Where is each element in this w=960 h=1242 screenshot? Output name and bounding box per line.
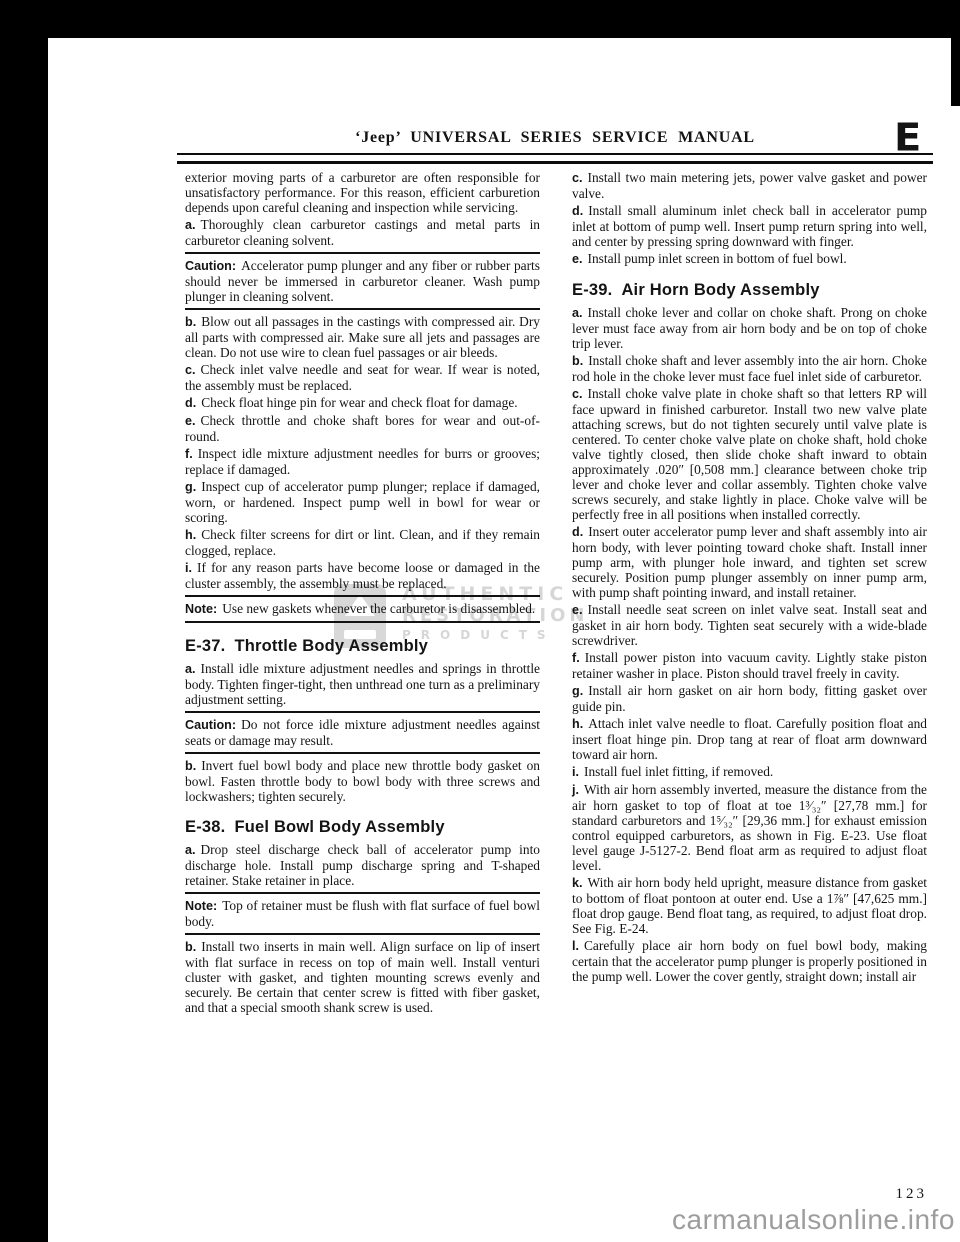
section-number: E-38. — [185, 818, 225, 836]
step-label: Caution: — [185, 718, 241, 732]
paragraph: c.Check inlet valve needle and seat for … — [185, 362, 540, 393]
paragraph: g.Install air horn gasket on air horn bo… — [572, 683, 927, 714]
step-label: a. — [185, 218, 201, 232]
step-label: g. — [185, 480, 201, 494]
step-label: d. — [185, 396, 201, 410]
section-heading: E-37.Throttle Body Assembly — [185, 637, 540, 655]
section-title: Throttle Body Assembly — [234, 637, 428, 655]
step-label: c. — [572, 387, 588, 401]
section-title: Fuel Bowl Body Assembly — [234, 818, 444, 836]
separator-rule — [185, 252, 540, 254]
step-label: b. — [185, 940, 201, 954]
paragraph: f.Install power piston into vacuum cavit… — [572, 650, 927, 681]
separator-rule — [185, 621, 540, 623]
right-column: c.Install two main metering jets, power … — [572, 170, 927, 1017]
step-label: a. — [185, 843, 201, 857]
paragraph: b.Install choke shaft and lever assembly… — [572, 353, 927, 384]
paragraph: g.Inspect cup of accelerator pump plunge… — [185, 479, 540, 525]
paragraph: k.With air horn body held upright, measu… — [572, 875, 927, 936]
paragraph: b.Install two inserts in main well. Alig… — [185, 939, 540, 1015]
paragraph: d.Install small aluminum inlet check bal… — [572, 203, 927, 249]
paragraph: c.Install choke valve plate in choke sha… — [572, 386, 927, 522]
step-label: a. — [572, 306, 588, 320]
paragraph: h.Check filter screens for dirt or lint.… — [185, 527, 540, 558]
section-title: Air Horn Body Assembly — [621, 281, 819, 299]
paragraph: Note:Use new gaskets whenever the carbur… — [185, 601, 540, 617]
step-label: e. — [185, 414, 201, 428]
step-label: j. — [572, 783, 584, 797]
paragraph: l.Carefully place air horn body on fuel … — [572, 938, 927, 984]
section-heading: E-39.Air Horn Body Assembly — [572, 281, 927, 299]
site-watermark: carmanualsonline.info — [672, 1204, 955, 1236]
paragraph: a.Thoroughly clean carburetor castings a… — [185, 217, 540, 248]
section-letter: E — [894, 119, 921, 157]
right-scan-notch — [951, 0, 960, 106]
top-scan-bar — [0, 0, 960, 38]
paragraph: a.Install choke lever and collar on chok… — [572, 305, 927, 351]
separator-rule — [185, 308, 540, 310]
step-label: k. — [572, 876, 588, 890]
paragraph: f.Inspect idle mixture adjustment needle… — [185, 446, 540, 477]
paragraph: d.Insert outer accelerator pump lever an… — [572, 524, 927, 600]
step-label: i. — [572, 765, 584, 779]
step-label: g. — [572, 684, 588, 698]
paragraph: e.Install pump inlet screen in bottom of… — [572, 251, 927, 267]
step-label: b. — [185, 315, 201, 329]
text-columns: exterior moving parts of a carburetor ar… — [185, 170, 927, 1017]
paragraph: h.Attach inlet valve needle to float. Ca… — [572, 716, 927, 762]
step-label: Note: — [185, 899, 222, 913]
section-heading: E-38.Fuel Bowl Body Assembly — [185, 818, 540, 836]
section-number: E-39. — [572, 281, 612, 299]
page-number: 123 — [185, 1186, 927, 1203]
header-rule — [177, 153, 933, 164]
step-label: c. — [572, 171, 588, 185]
paragraph: Caution:Accelerator pump plunger and any… — [185, 258, 540, 304]
paragraph: b.Invert fuel bowl body and place new th… — [185, 758, 540, 804]
paragraph: b.Blow out all passages in the castings … — [185, 314, 540, 360]
paragraph: e.Install needle seat screen on inlet va… — [572, 602, 927, 648]
step-label: h. — [572, 717, 588, 731]
left-column: exterior moving parts of a carburetor ar… — [185, 170, 540, 1017]
paragraph: a.Install idle mixture adjustment needle… — [185, 661, 540, 707]
step-label: Caution: — [185, 259, 241, 273]
separator-rule — [185, 752, 540, 754]
paragraph: a.Drop steel discharge check ball of acc… — [185, 842, 540, 888]
step-label: d. — [572, 525, 588, 539]
paragraph: i.If for any reason parts have become lo… — [185, 560, 540, 591]
separator-rule — [185, 595, 540, 597]
paragraph: exterior moving parts of a carburetor ar… — [185, 170, 540, 215]
step-label: l. — [572, 939, 584, 953]
step-label: e. — [572, 252, 588, 266]
section-number: E-37. — [185, 637, 225, 655]
step-label: f. — [185, 447, 198, 461]
step-label: f. — [572, 651, 585, 665]
step-label: c. — [185, 363, 201, 377]
separator-rule — [185, 933, 540, 935]
paragraph: Note:Top of retainer must be flush with … — [185, 898, 540, 929]
paragraph: Caution:Do not force idle mixture adjust… — [185, 717, 540, 748]
step-label: a. — [185, 662, 201, 676]
step-label: Note: — [185, 602, 222, 616]
step-label: b. — [185, 759, 201, 773]
paragraph: d.Check float hinge pin for wear and che… — [185, 395, 540, 411]
step-label: h. — [185, 528, 201, 542]
step-label: b. — [572, 354, 588, 368]
paragraph: j.With air horn assembly inverted, measu… — [572, 782, 927, 873]
separator-rule — [185, 711, 540, 713]
left-scan-bar — [0, 0, 48, 1242]
step-label: i. — [185, 561, 197, 575]
step-label: d. — [572, 204, 588, 218]
scanned-manual-page: ‘Jeep’ UNIVERSAL SERIES SERVICE MANUAL E… — [0, 0, 960, 1242]
paragraph: e.Check throttle and choke shaft bores f… — [185, 413, 540, 444]
separator-rule — [185, 892, 540, 894]
paragraph: i.Install fuel inlet fitting, if removed… — [572, 764, 927, 780]
paragraph: c.Install two main metering jets, power … — [572, 170, 927, 201]
step-label: e. — [572, 603, 588, 617]
manual-title: ‘Jeep’ UNIVERSAL SERIES SERVICE MANUAL — [185, 129, 925, 147]
